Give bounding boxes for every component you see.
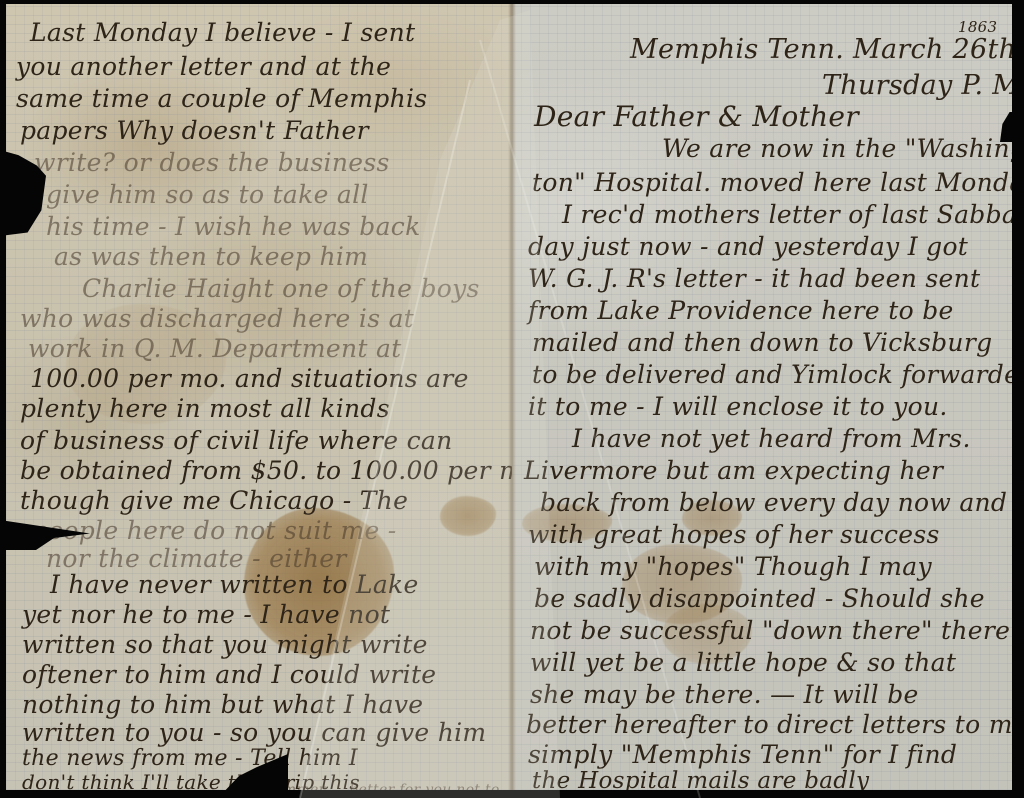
letter-line: Livermore but am expecting her: [524, 456, 943, 485]
letter-line: nothing to him but what I have: [22, 690, 423, 719]
letter-line: We are now in the "Washing-: [662, 134, 1012, 163]
letter-line: write? or does the business: [34, 148, 390, 177]
letter-line: the Hospital mails are badly: [532, 768, 869, 790]
letter-line: to be delivered and Yimlock forwarded: [532, 360, 1012, 389]
letter-line: give him so as to take all: [46, 180, 369, 209]
letter-line: with my "hopes" Though I may: [534, 552, 932, 581]
letter-line: nor the climate - either: [46, 544, 347, 573]
letter-line: ton" Hospital. moved here last Monday: [532, 168, 1012, 197]
letter-line: work in Q. M. Department at: [28, 334, 402, 363]
letter-line: better hereafter to direct letters to me: [526, 710, 1012, 739]
letter-line: 100.00 per mo. and situations are: [30, 364, 469, 393]
center-fold: [508, 4, 516, 790]
letter-line: written to you - so you can give him: [22, 718, 486, 747]
letter-line: papers Why doesn't Father: [20, 116, 369, 145]
letter-line: mailed and then down to Vicksburg: [532, 328, 992, 357]
letter-line: same time a couple of Memphis: [16, 84, 427, 113]
letter-line: I have never written to Lake: [50, 570, 419, 599]
letter-line: of business of civil life where can: [20, 426, 452, 455]
letter-line: Last Monday I believe - I sent: [30, 18, 415, 47]
letter-line: back from below every day now and: [540, 488, 1007, 517]
letter-page-left: Last Monday I believe - I sent you anoth…: [6, 4, 512, 790]
letter-line: yet nor he to me - I have not: [22, 600, 390, 629]
letter-line: she may be there. — It will be: [530, 680, 919, 709]
letter-line: written so that you might write: [22, 630, 428, 659]
letter-line: as was then to keep him: [54, 242, 368, 271]
letter-line: you another letter and at the: [16, 52, 391, 81]
letter-line: his time - I wish he was back: [46, 212, 421, 241]
letter-line: people here do not suit me -: [32, 516, 397, 545]
letter-page-right: 1863 Memphis Tenn. March 26th Thursday P…: [512, 4, 1012, 790]
salutation: Dear Father & Mother: [534, 100, 859, 133]
letter-line: I rec'd mothers letter of last Sabbath=: [562, 200, 1012, 229]
letter-line: be obtained from $50. to 100.00 per mo.: [20, 456, 512, 485]
letter-line: oftener to him and I could write: [22, 660, 436, 689]
letter-line: day just now - and yesterday I got: [528, 232, 968, 261]
water-stain-small: [440, 496, 496, 536]
letter-line: who was discharged here is at: [20, 304, 414, 333]
letter-line: with great hopes of her success: [528, 520, 940, 549]
letter-line: will yet be a little hope & so that: [530, 648, 956, 677]
letter-line: Charlie Haight one of the boys: [82, 274, 480, 303]
letter-line: not be successful "down there" there: [530, 616, 1010, 645]
day-heading: Thursday P. M.: [822, 70, 1012, 101]
scanned-letter: Last Monday I believe - I sent you anoth…: [0, 0, 1024, 798]
letter-line: though give me Chicago - The: [20, 486, 408, 515]
letter-line: W. G. J. R's letter - it had been sent: [528, 264, 980, 293]
letter-line: simply "Memphis Tenn" for I find: [528, 740, 957, 769]
letter-line: from Lake Providence here to be: [528, 296, 954, 325]
letter-line: I have not yet heard from Mrs.: [572, 424, 971, 453]
letter-line: the news from me - Tell him I: [22, 746, 358, 771]
letter-line: summer ... better for you not to: [266, 782, 500, 790]
letter-line: plenty here in most all kinds: [20, 394, 390, 423]
letter-line: be sadly disappointed - Should she: [534, 584, 985, 613]
place-date-heading: Memphis Tenn. March 26th: [630, 34, 1012, 65]
letter-line: it to me - I will enclose it to you.: [528, 392, 948, 421]
